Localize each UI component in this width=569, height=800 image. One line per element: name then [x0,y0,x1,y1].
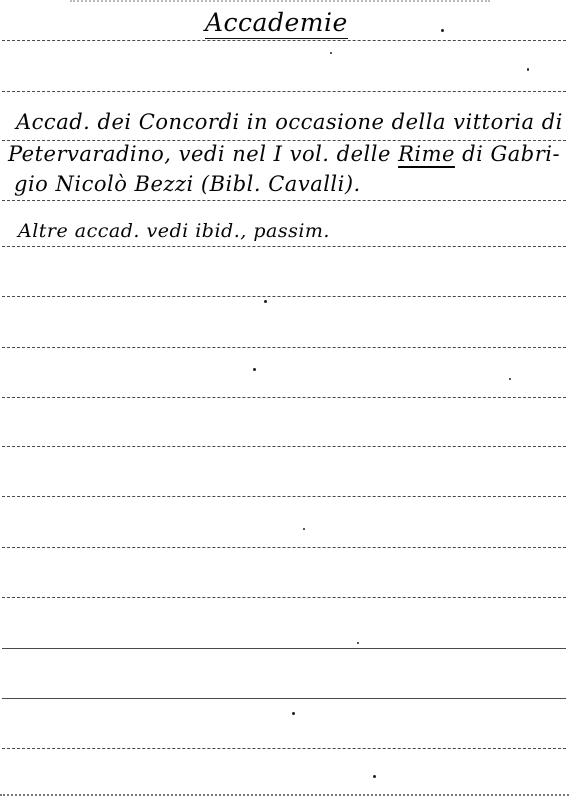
ruled-line [2,347,566,348]
ruled-line [2,698,566,699]
ruled-line [2,200,566,201]
entry-2-line-1: Altre accad. vedi ibid., passim. [18,216,330,246]
ruled-line [2,748,566,749]
page-title: Accademie [205,8,348,39]
underlined-word: Rime [398,142,455,166]
scanned-page: Accademie Accad. dei Concordi in occasio… [0,0,569,800]
scan-speck [253,368,256,371]
scan-speck [509,378,511,380]
ruled-line [2,496,566,497]
entry-1-line-2: Petervaradino, vedi nel I vol. delle Rim… [8,138,560,170]
ruled-line [2,547,566,548]
scan-speck [373,775,376,778]
scan-speck [303,528,305,530]
ruled-line [2,40,566,41]
ruled-line [2,446,566,447]
entry-1-line-2-text: Petervaradino, vedi nel I vol. delle [8,142,391,166]
scan-speck [330,52,332,54]
ruled-line [2,597,566,598]
ruled-line [2,91,566,92]
ruled-line [2,648,566,649]
ruled-line [2,296,566,297]
entry-1-line-1: Accad. dei Concordi in occasione della v… [16,106,563,138]
scan-speck [441,29,444,32]
scan-speck [292,712,295,715]
scan-speck [357,642,359,644]
scan-speck [264,300,267,303]
top-edge-marks [70,0,490,5]
scan-speck [527,68,529,71]
ruled-line [2,246,566,247]
entry-1-line-3: gio Nicolò Bezzi (Bibl. Cavalli). [14,168,361,200]
entry-1-line-2-tail: di Gabri- [462,142,560,166]
ruled-line [2,397,566,398]
bottom-edge-marks [0,794,569,799]
